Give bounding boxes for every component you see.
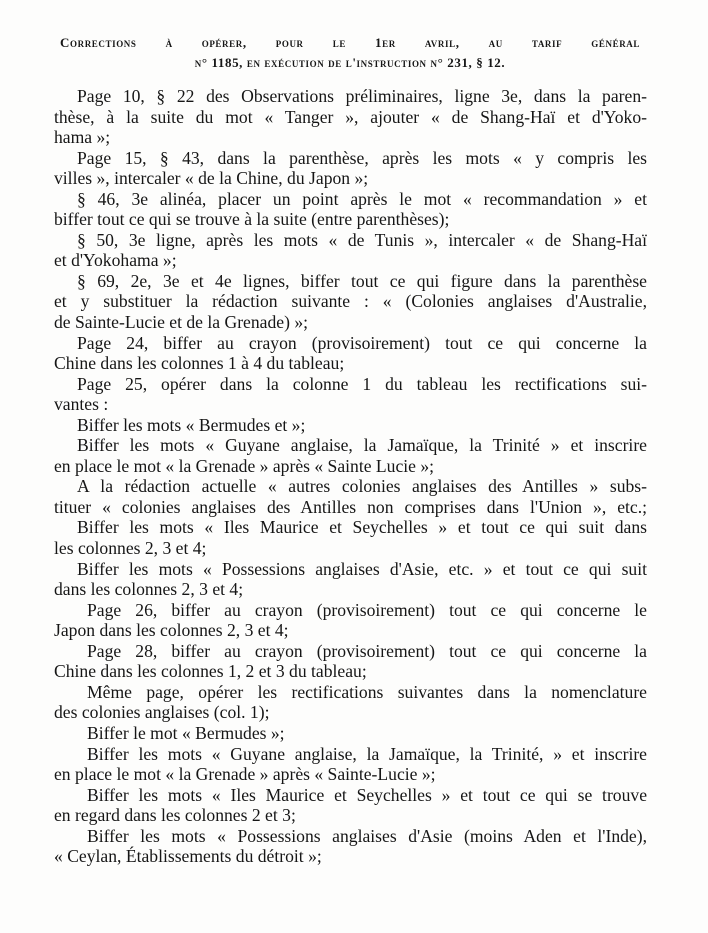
document-heading: Corrections à opérer, pour le 1er avril,…	[60, 33, 640, 73]
paragraph-line: § 50, 3e ligne, après les mots « de Tuni…	[54, 230, 647, 251]
paragraph-line: A la rédaction actuelle « autres colonie…	[54, 476, 647, 497]
paragraph-line: Biffer les mots « Bermudes et »;	[54, 415, 647, 436]
paragraph-line: et y substituer la rédaction suivante : …	[54, 291, 647, 312]
document-page: Corrections à opérer, pour le 1er avril,…	[0, 0, 708, 933]
paragraph-line: biffer tout ce qui se trouve à la suite …	[54, 209, 647, 230]
paragraph-line: Page 10, § 22 des Observations prélimina…	[54, 86, 647, 107]
paragraph-line: hama »;	[54, 127, 647, 148]
paragraph-line: Page 26, biffer au crayon (provisoiremen…	[54, 600, 647, 621]
paragraph-line: Page 28, biffer au crayon (provisoiremen…	[54, 641, 647, 662]
paragraph-line: Même page, opérer les rectifications sui…	[54, 682, 647, 703]
paragraph-line: Biffer le mot « Bermudes »;	[54, 723, 647, 744]
paragraph-line: Page 15, § 43, dans la parenthèse, après…	[54, 148, 647, 169]
paragraph-line: Chine dans les colonnes 1, 2 et 3 du tab…	[54, 661, 647, 682]
paragraph-line: les colonnes 2, 3 et 4;	[54, 538, 647, 559]
paragraph-line: et d'Yokohama »;	[54, 250, 647, 271]
paragraph-line: en regard dans les colonnes 2 et 3;	[54, 805, 647, 826]
heading-line-2: n° 1185, en exécution de l'instruction n…	[60, 53, 640, 73]
paragraph-line: Biffer les mots « Iles Maurice et Seyche…	[54, 785, 647, 806]
document-body: Page 10, § 22 des Observations prélimina…	[54, 86, 647, 867]
paragraph-line: Biffer les mots « Possessions anglaises …	[54, 559, 647, 580]
paragraph-line: dans les colonnes 2, 3 et 4;	[54, 579, 647, 600]
paragraph-line: de Sainte-Lucie et de la Grenade) »;	[54, 312, 647, 333]
paragraph-line: des colonies anglaises (col. 1);	[54, 702, 647, 723]
paragraph-line: thèse, à la suite du mot « Tanger », ajo…	[54, 107, 647, 128]
paragraph-line: en place le mot « la Grenade » après « S…	[54, 764, 647, 785]
paragraph-line: Page 24, biffer au crayon (provisoiremen…	[54, 333, 647, 354]
paragraph-line: Biffer les mots « Iles Maurice et Seyche…	[54, 517, 647, 538]
paragraph-line: tituer « colonies anglaises des Antilles…	[54, 497, 647, 518]
paragraph-line: § 46, 3e alinéa, placer un point après l…	[54, 189, 647, 210]
paragraph-line: Chine dans les colonnes 1 à 4 du tableau…	[54, 353, 647, 374]
paragraph-line: Biffer les mots « Possessions anglaises …	[54, 826, 647, 847]
paragraph-line: Japon dans les colonnes 2, 3 et 4;	[54, 620, 647, 641]
paragraph-line: « Ceylan, Établissements du détroit »;	[54, 846, 647, 867]
paragraph-line: vantes :	[54, 394, 647, 415]
paragraph-line: Page 25, opérer dans la colonne 1 du tab…	[54, 374, 647, 395]
paragraph-line: Biffer les mots « Guyane anglaise, la Ja…	[54, 435, 647, 456]
paragraph-line: § 69, 2e, 3e et 4e lignes, biffer tout c…	[54, 271, 647, 292]
paragraph-line: Biffer les mots « Guyane anglaise, la Ja…	[54, 744, 647, 765]
heading-line-1: Corrections à opérer, pour le 1er avril,…	[60, 33, 640, 53]
paragraph-line: en place le mot « la Grenade » après « S…	[54, 456, 647, 477]
paragraph-line: villes », intercaler « de la Chine, du J…	[54, 168, 647, 189]
